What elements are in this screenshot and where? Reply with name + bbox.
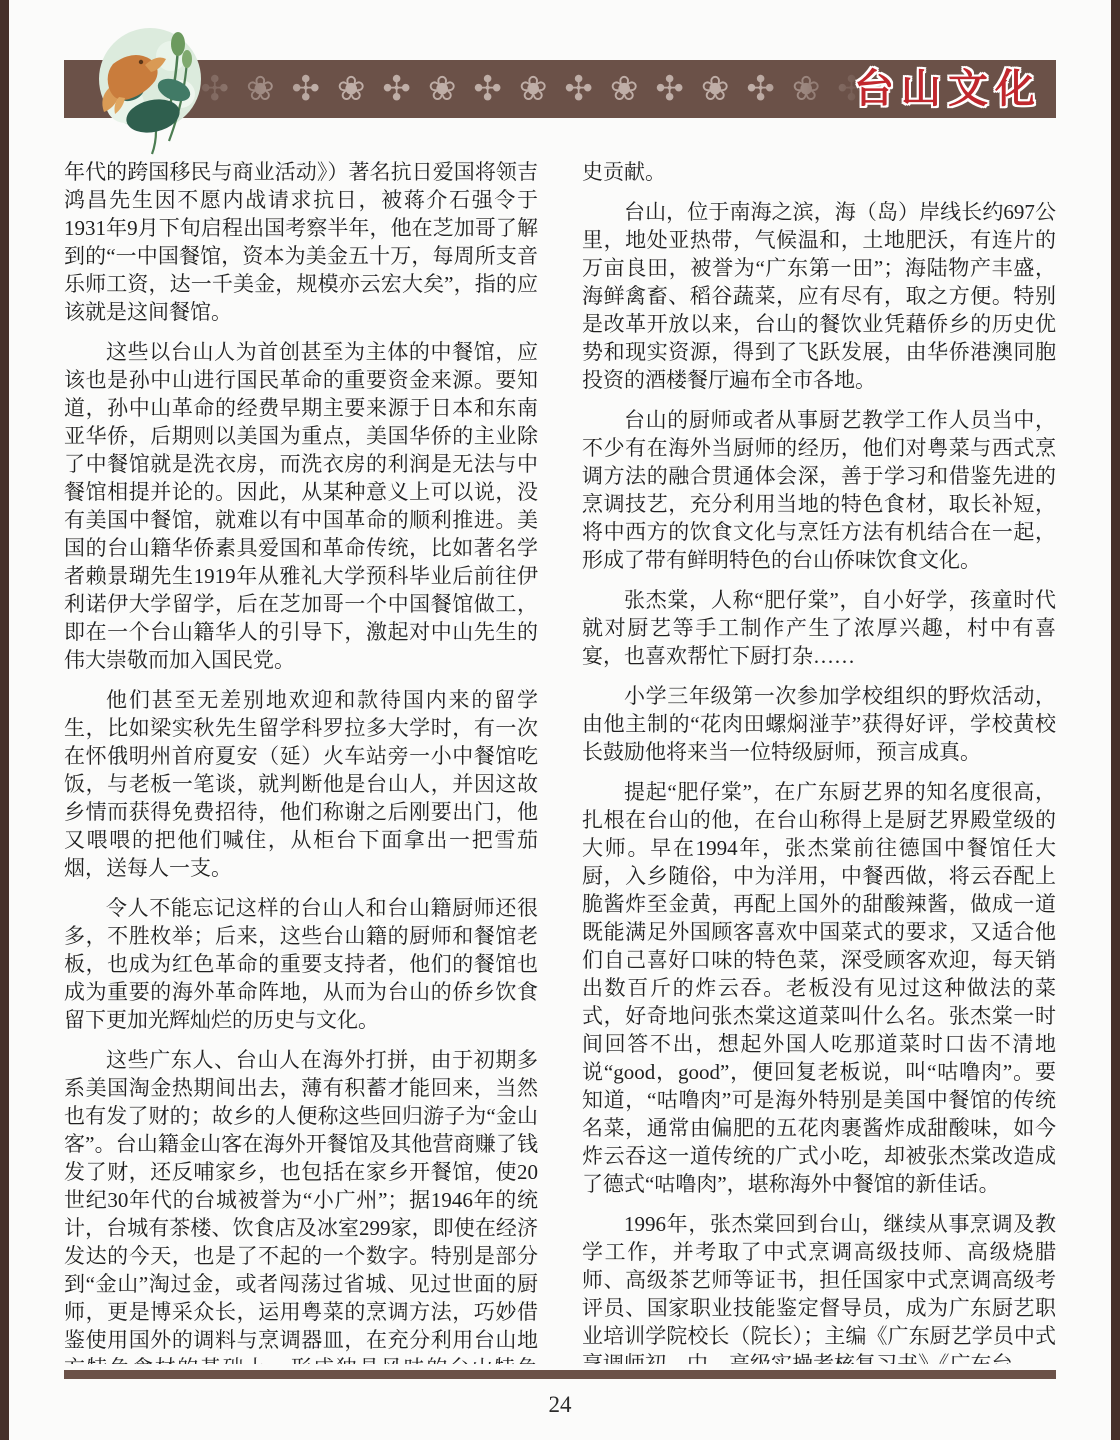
- page-left-border: [0, 0, 9, 1440]
- paragraph: 提起“肥仔棠”，在广东厨艺界的知名度很高，扎根在台山的他，在台山称得上是厨艺界殿…: [582, 778, 1056, 1198]
- text-column-right: 史贡献。 台山，位于南海之滨，海（岛）岸线长约697公里，地处亚热带，气候温和，…: [582, 158, 1056, 1364]
- paragraph: 1996年，张杰棠回到台山，继续从事烹调及教学工作，并考取了中式烹调高级技师、高…: [582, 1210, 1056, 1364]
- footer-rule: [64, 1370, 1056, 1379]
- text-column-left: 年代的跨国移民与商业活动》）著名抗日爱国将领吉鸿昌先生因不愿内战请求抗日，被蒋介…: [64, 158, 538, 1364]
- paragraph: 年代的跨国移民与商业活动》）著名抗日爱国将领吉鸿昌先生因不愿内战请求抗日，被蒋介…: [64, 158, 538, 326]
- section-title: 台山文化: [854, 66, 1042, 112]
- paragraph: 令人不能忘记这样的台山人和台山籍厨师还很多，不胜枚举；后来，这些台山籍的厨师和餐…: [64, 894, 538, 1034]
- paragraph: 史贡献。: [582, 158, 1056, 186]
- paragraph: 他们甚至无差别地欢迎和款待国内来的留学生，比如梁实秋先生留学科罗拉多大学时，有一…: [64, 686, 538, 882]
- page-number: 24: [0, 1392, 1120, 1418]
- paragraph: 这些以台山人为首创甚至为主体的中餐馆，应该也是孙中山进行国民革命的重要资金来源。…: [64, 338, 538, 674]
- paragraph: 这些广东人、台山人在海外打拼，由于初期多系美国淘金热期间出去，薄有积蓄才能回来，…: [64, 1046, 538, 1364]
- paragraph: 台山，位于南海之滨，海（岛）岸线长约697公里，地处亚热带，气候温和，土地肥沃，…: [582, 198, 1056, 394]
- header-band: ❀✣❀✣❀✣❀✣❀✣❀✣❀✣❀✣❀✣❀✣❀✣❀✣❀✣❀✣❀ 台山文化: [64, 60, 1056, 118]
- paragraph: 台山的厨师或者从事厨艺教学工作人员当中，不少有在海外当厨师的经历，他们对粤菜与西…: [582, 406, 1056, 574]
- paragraph: 张杰棠，人称“肥仔棠”，自小好学，孩童时代就对厨艺等手工制作产生了浓厚兴趣，村中…: [582, 586, 1056, 670]
- page-right-border: [1111, 0, 1120, 1440]
- paragraph: 小学三年级第一次参加学校组织的野炊活动，由他主制的“花肉田螺焖湴芋”获得好评，学…: [582, 682, 1056, 766]
- koi-lotus-icon: [95, 26, 207, 160]
